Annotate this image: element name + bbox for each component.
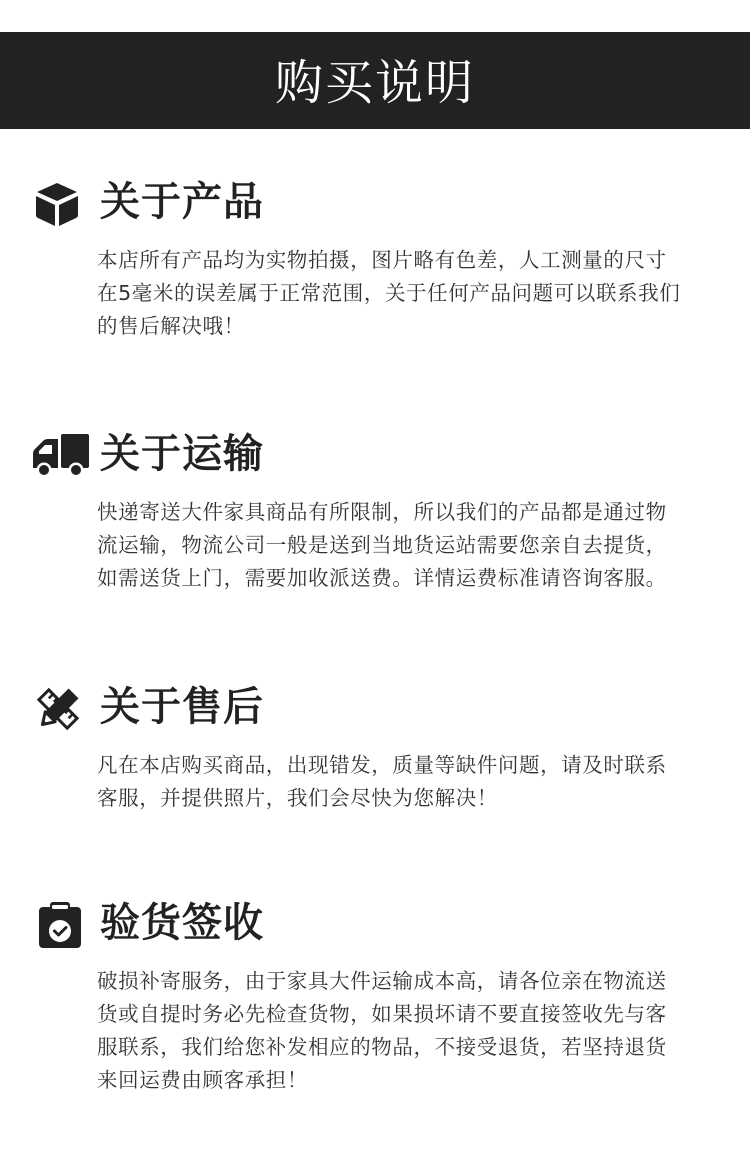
section-title: 关于售后	[100, 683, 264, 731]
body-line: 快递寄送大件家具商品有所限制，所以我们的产品都是通过物	[97, 496, 737, 529]
section-header: 关于产品	[0, 172, 750, 232]
body-line: 在5毫米的误差属于正常范围，关于任何产品问题可以联系我们	[97, 277, 737, 310]
section-header: 验货签收	[0, 893, 750, 953]
body-line: 客服，并提供照片，我们会尽快为您解决！	[97, 782, 737, 815]
section-title: 关于运输	[100, 430, 264, 478]
body-line: 的售后解决哦！	[97, 310, 737, 343]
section-body: 破损补寄服务，由于家具大件运输成本高，请各位亲在物流送 货或自提时务必先检查货物…	[97, 965, 737, 1097]
body-line: 如需送货上门，需要加收派送费。详情运费标准请咨询客服。	[97, 562, 737, 595]
section-title: 验货签收	[100, 899, 264, 947]
clipboard-check-icon	[38, 901, 82, 949]
truck-icon	[31, 432, 91, 478]
pencil-ruler-icon	[34, 685, 82, 733]
body-line: 凡在本店购买商品，出现错发，质量等缺件问题，请及时联系	[97, 749, 737, 782]
section-title: 关于产品	[100, 178, 264, 226]
body-line: 本店所有产品均为实物拍摄，图片略有色差，人工测量的尺寸	[97, 244, 737, 277]
section-body: 本店所有产品均为实物拍摄，图片略有色差，人工测量的尺寸 在5毫米的误差属于正常范…	[97, 244, 737, 343]
body-line: 破损补寄服务，由于家具大件运输成本高，请各位亲在物流送	[97, 965, 737, 998]
header-banner: 购买说明	[0, 32, 750, 129]
section-header: 关于运输	[0, 424, 750, 484]
section-header: 关于售后	[0, 677, 750, 737]
body-line: 来回运费由顾客承担！	[97, 1064, 737, 1097]
body-line: 服联系，我们给您补发相应的物品，不接受退货，若坚持退货	[97, 1031, 737, 1064]
box-icon	[34, 180, 80, 228]
section-body: 快递寄送大件家具商品有所限制，所以我们的产品都是通过物 流运输，物流公司一般是送…	[97, 496, 737, 595]
body-line: 货或自提时务必先检查货物，如果损坏请不要直接签收先与客	[97, 998, 737, 1031]
page-title: 购买说明	[275, 59, 475, 107]
section-body: 凡在本店购买商品，出现错发，质量等缺件问题，请及时联系 客服，并提供照片，我们会…	[97, 749, 737, 815]
body-line: 流运输，物流公司一般是送到当地货运站需要您亲自去提货，	[97, 529, 737, 562]
